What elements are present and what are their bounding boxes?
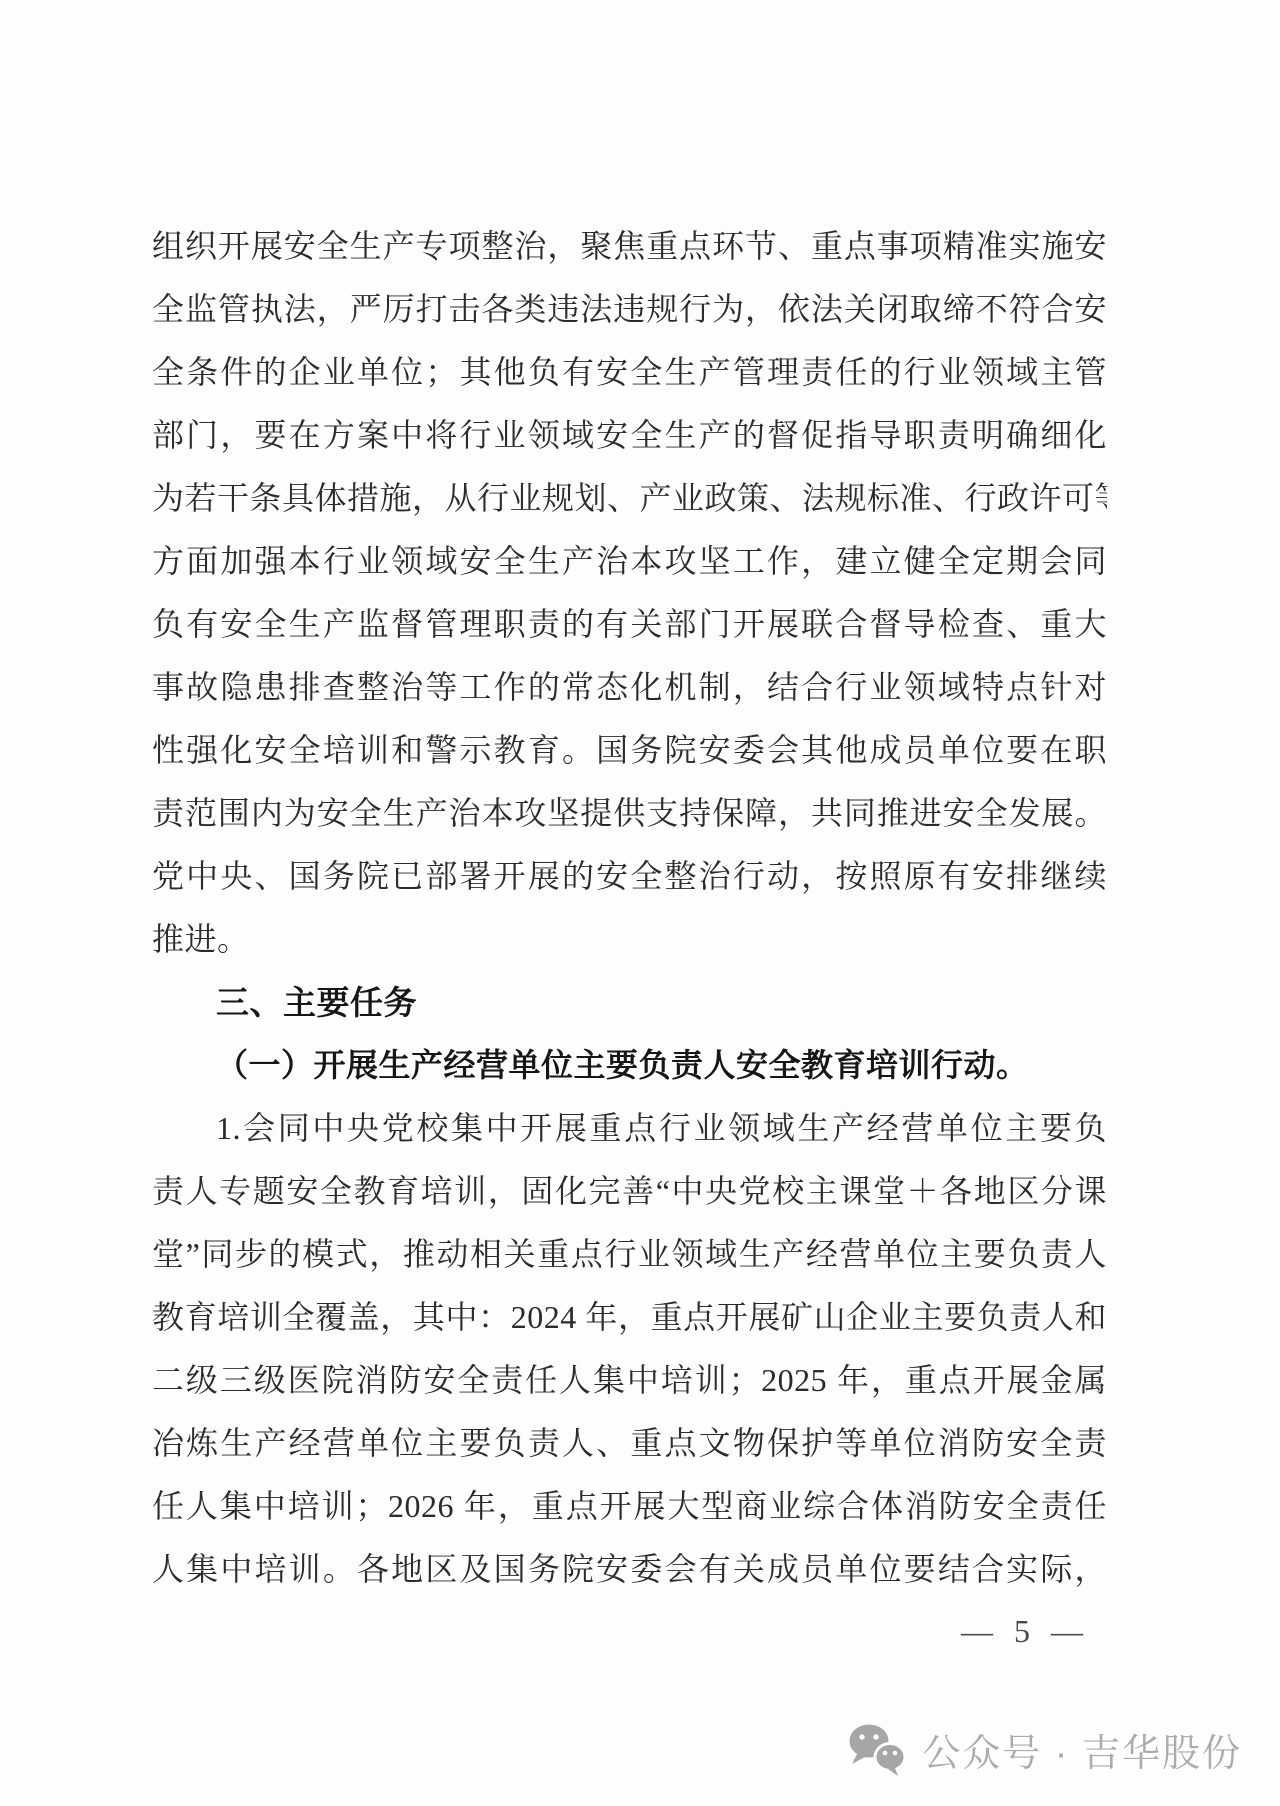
document-line: 1.会同中央党校集中开展重点行业领域生产经营单位主要负 [152, 1097, 1107, 1160]
page-number-dash-right: — [1051, 1613, 1083, 1650]
page-number: — 5 — [961, 1613, 1083, 1650]
document-line: 党中央、国务院已部署开展的安全整治行动，按照原有安排继续 [152, 845, 1107, 908]
document-line: 责范围内为安全生产治本攻坚提供支持保障，共同推进安全发展。 [152, 782, 1107, 845]
document-line: 性强化安全培训和警示教育。国务院安委会其他成员单位要在职 [152, 719, 1107, 782]
document-line: 部门，要在方案中将行业领域安全生产的督促指导职责明确细化 [152, 404, 1107, 467]
document-text-block: 组织开展安全生产专项整治，聚焦重点环节、重点事项精准实施安 全监管执法，严厉打击… [152, 215, 1107, 1601]
document-line: 人集中培训。各地区及国务院安委会有关成员单位要结合实际， [152, 1538, 1107, 1601]
document-line: 推进。 [152, 908, 1107, 971]
document-line: 教育培训全覆盖，其中：2024 年，重点开展矿山企业主要负责人和 [152, 1286, 1107, 1349]
document-line: 方面加强本行业领域安全生产治本攻坚工作，建立健全定期会同 [152, 530, 1107, 593]
document-line: 为若干条具体措施，从行业规划、产业政策、法规标准、行政许可等 [152, 467, 1107, 530]
document-line: 组织开展安全生产专项整治，聚焦重点环节、重点事项精准实施安 [152, 215, 1107, 278]
watermark-label: 公众号 · 吉华股份 [922, 1722, 1242, 1777]
wechat-watermark: 公众号 · 吉华股份 [847, 1722, 1242, 1777]
page-number-value: 5 [1014, 1613, 1030, 1650]
document-line: 责人专题安全教育培训，固化完善“中央党校主课堂＋各地区分课 [152, 1160, 1107, 1223]
document-page: 组织开展安全生产专项整治，聚焦重点环节、重点事项精准实施安 全监管执法，严厉打击… [0, 0, 1280, 1806]
document-line: 任人集中培训；2026 年，重点开展大型商业综合体消防安全责任 [152, 1475, 1107, 1538]
document-line: 全条件的企业单位；其他负有安全生产管理责任的行业领域主管 [152, 341, 1107, 404]
subsection-heading: （一）开展生产经营单位主要负责人安全教育培训行动。 [152, 1034, 1107, 1097]
section-heading: 三、主要任务 [152, 971, 1107, 1034]
page-number-dash-left: — [961, 1613, 993, 1650]
document-line: 负有安全生产监督管理职责的有关部门开展联合督导检查、重大 [152, 593, 1107, 656]
document-line: 二级三级医院消防安全责任人集中培训；2025 年，重点开展金属 [152, 1349, 1107, 1412]
wechat-icon [847, 1723, 909, 1777]
document-line: 冶炼生产经营单位主要负责人、重点文物保护等单位消防安全责 [152, 1412, 1107, 1475]
document-line: 事故隐患排查整治等工作的常态化机制，结合行业领域特点针对 [152, 656, 1107, 719]
document-line: 堂”同步的模式，推动相关重点行业领域生产经营单位主要负责人 [152, 1223, 1107, 1286]
document-line: 全监管执法，严厉打击各类违法违规行为，依法关闭取缔不符合安 [152, 278, 1107, 341]
